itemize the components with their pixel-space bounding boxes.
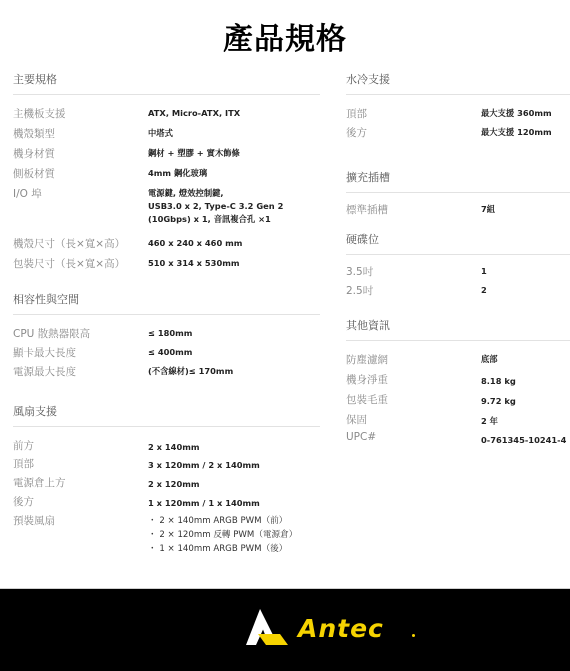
spec-label: 預裝風扇	[13, 513, 55, 528]
spec-value-line: ・ 1 × 140mm ARGB PWM（後）	[148, 542, 297, 556]
spec-row-io: I/O 埠 電源鍵, 燈效控制鍵, USB3.0 x 2, Type-C 3.2…	[13, 186, 320, 236]
spec-value: 9.72 kg	[481, 395, 516, 408]
footer-banner: Antec	[0, 588, 570, 671]
spec-row: 後方 1 x 120mm / 1 x 140mm	[13, 494, 320, 513]
spec-row: 機殼尺寸（長×寬×高） 460 x 240 x 460 mm	[13, 236, 320, 256]
spec-label: 包裝尺寸（長×寬×高）	[13, 256, 125, 271]
section-other-info: 其他資訊 防塵濾網 底部 機身淨重 8.18 kg 包裝毛重 9.72 kg 保…	[346, 316, 570, 341]
spec-label: 包裝毛重	[346, 392, 388, 407]
spec-row: 2.5吋 2	[346, 283, 570, 302]
spec-value-line: USB3.0 x 2, Type-C 3.2 Gen 2	[148, 200, 283, 213]
spec-value: 3 x 120mm / 2 x 140mm	[148, 459, 260, 472]
spec-value: 中塔式	[148, 127, 173, 140]
spec-value: 2 x 140mm	[148, 441, 200, 454]
spec-label: 2.5吋	[346, 283, 373, 298]
spec-label: CPU 散熱器限高	[13, 326, 90, 341]
spec-row: 包裝毛重 9.72 kg	[346, 392, 570, 412]
spec-label: 前方	[13, 438, 34, 453]
section-header: 風扇支援	[13, 402, 320, 427]
section-header: 主要規格	[13, 70, 320, 95]
spec-value-line: (10Gbps) x 1, 音訊複合孔 ×1	[148, 213, 283, 226]
brand-name: Antec	[298, 614, 384, 643]
spec-label: 後方	[346, 125, 367, 140]
spec-row: 機殼類型 中塔式	[13, 126, 320, 146]
spec-row: 包裝尺寸（長×寬×高） 510 x 314 x 530mm	[13, 256, 320, 276]
spec-value-multiline: 電源鍵, 燈效控制鍵, USB3.0 x 2, Type-C 3.2 Gen 2…	[148, 187, 283, 226]
spec-value: 510 x 314 x 530mm	[148, 257, 240, 270]
spec-value-line: ・ 2 × 120mm 反轉 PWM（電源倉）	[148, 528, 297, 542]
spec-label: 後方	[13, 494, 34, 509]
spec-value: ATX, Micro-ATX, ITX	[148, 107, 240, 120]
spec-label: 側板材質	[13, 166, 55, 181]
spec-label: 機身淨重	[346, 372, 388, 387]
page-title: 產品規格	[0, 14, 570, 58]
spec-value: 0-761345-10241-4	[481, 434, 566, 447]
section-header: 硬碟位	[346, 230, 570, 255]
spec-row: 頂部 3 x 120mm / 2 x 140mm	[13, 456, 320, 475]
spec-value: 底部	[481, 353, 498, 366]
spec-label: UPC#	[346, 431, 376, 443]
spec-row: 電源最大長度 (不含線材)≤ 170mm	[13, 364, 320, 383]
section-header: 擴充插槽	[346, 168, 570, 193]
spec-row: 側板材質 4mm 鋼化玻璃	[13, 166, 320, 186]
section-main-specs: 主要規格 主機板支援 ATX, Micro-ATX, ITX 機殼類型 中塔式 …	[13, 70, 320, 95]
spec-value: 4mm 鋼化玻璃	[148, 167, 207, 180]
spec-value: 1	[481, 265, 487, 278]
spec-row: 頂部 最大支援 360mm	[346, 106, 570, 125]
spec-row: 後方 最大支援 120mm	[346, 125, 570, 144]
spec-value: 7組	[481, 203, 495, 216]
spec-value: (不含線材)≤ 170mm	[148, 365, 233, 378]
section-liquid-cooling: 水冷支援 頂部 最大支援 360mm 後方 最大支援 120mm	[346, 70, 570, 95]
spec-value: 1 x 120mm / 1 x 140mm	[148, 497, 260, 510]
spec-row: CPU 散熱器限高 ≤ 180mm	[13, 326, 320, 345]
spec-label: 3.5吋	[346, 264, 373, 279]
spec-value: 鋼材 + 塑膠 + 實木飾條	[148, 147, 240, 160]
registered-mark	[412, 634, 415, 637]
spec-row: 主機板支援 ATX, Micro-ATX, ITX	[13, 106, 320, 126]
spec-row: UPC# 0-761345-10241-4	[346, 431, 570, 450]
spec-row: 防塵濾網 底部	[346, 352, 570, 372]
spec-row: 機身淨重 8.18 kg	[346, 372, 570, 392]
spec-label: 頂部	[13, 456, 34, 471]
spec-value: 2 x 120mm	[148, 478, 200, 491]
spec-label: I/O 埠	[13, 186, 42, 201]
section-header: 水冷支援	[346, 70, 570, 95]
spec-value: 最大支援 360mm	[481, 107, 552, 120]
spec-value: 2	[481, 284, 487, 297]
spec-row: 標準插槽 7組	[346, 202, 570, 221]
spec-row: 顯卡最大長度 ≤ 400mm	[13, 345, 320, 364]
section-expansion-slots: 擴充插槽 標準插槽 7組	[346, 168, 570, 193]
section-fans: 風扇支援 前方 2 x 140mm 頂部 3 x 120mm / 2 x 140…	[13, 402, 320, 427]
antec-triangle-icon	[246, 607, 292, 647]
spec-row: 電源倉上方 2 x 120mm	[13, 475, 320, 494]
spec-label: 電源倉上方	[13, 475, 66, 490]
section-compatibility: 相容性與空間 CPU 散熱器限高 ≤ 180mm 顯卡最大長度 ≤ 400mm …	[13, 290, 320, 315]
spec-label: 機殼類型	[13, 126, 55, 141]
spec-value: 460 x 240 x 460 mm	[148, 237, 242, 250]
spec-label: 主機板支援	[13, 106, 66, 121]
spec-value-line: ・ 2 × 140mm ARGB PWM（前）	[148, 514, 297, 528]
spec-row: 3.5吋 1	[346, 264, 570, 283]
spec-label: 機殼尺寸（長×寬×高）	[13, 236, 125, 251]
spec-value: ≤ 180mm	[148, 327, 192, 340]
spec-label: 電源最大長度	[13, 364, 76, 379]
section-header: 其他資訊	[346, 316, 570, 341]
spec-value-line: 電源鍵, 燈效控制鍵,	[148, 187, 283, 200]
spec-value: 最大支援 120mm	[481, 126, 552, 139]
spec-row: 保固 2 年	[346, 412, 570, 431]
spec-label: 防塵濾網	[346, 352, 388, 367]
spec-value: 8.18 kg	[481, 375, 516, 388]
section-drive-bays: 硬碟位 3.5吋 1 2.5吋 2	[346, 230, 570, 255]
spec-value: ≤ 400mm	[148, 346, 192, 359]
antec-logo: Antec	[246, 607, 426, 647]
spec-row: 前方 2 x 140mm	[13, 438, 320, 456]
spec-label: 顯卡最大長度	[13, 345, 76, 360]
spec-label: 頂部	[346, 106, 367, 121]
spec-label: 機身材質	[13, 146, 55, 161]
spec-value: 2 年	[481, 415, 498, 428]
spec-label: 保固	[346, 412, 367, 427]
spec-label: 標準插槽	[346, 202, 388, 217]
section-header: 相容性與空間	[13, 290, 320, 315]
spec-row-preinstalled-fans: 預裝風扇 ・ 2 × 140mm ARGB PWM（前） ・ 2 × 120mm…	[13, 513, 320, 558]
spec-row: 機身材質 鋼材 + 塑膠 + 實木飾條	[13, 146, 320, 166]
spec-value-multiline: ・ 2 × 140mm ARGB PWM（前） ・ 2 × 120mm 反轉 P…	[148, 514, 297, 556]
